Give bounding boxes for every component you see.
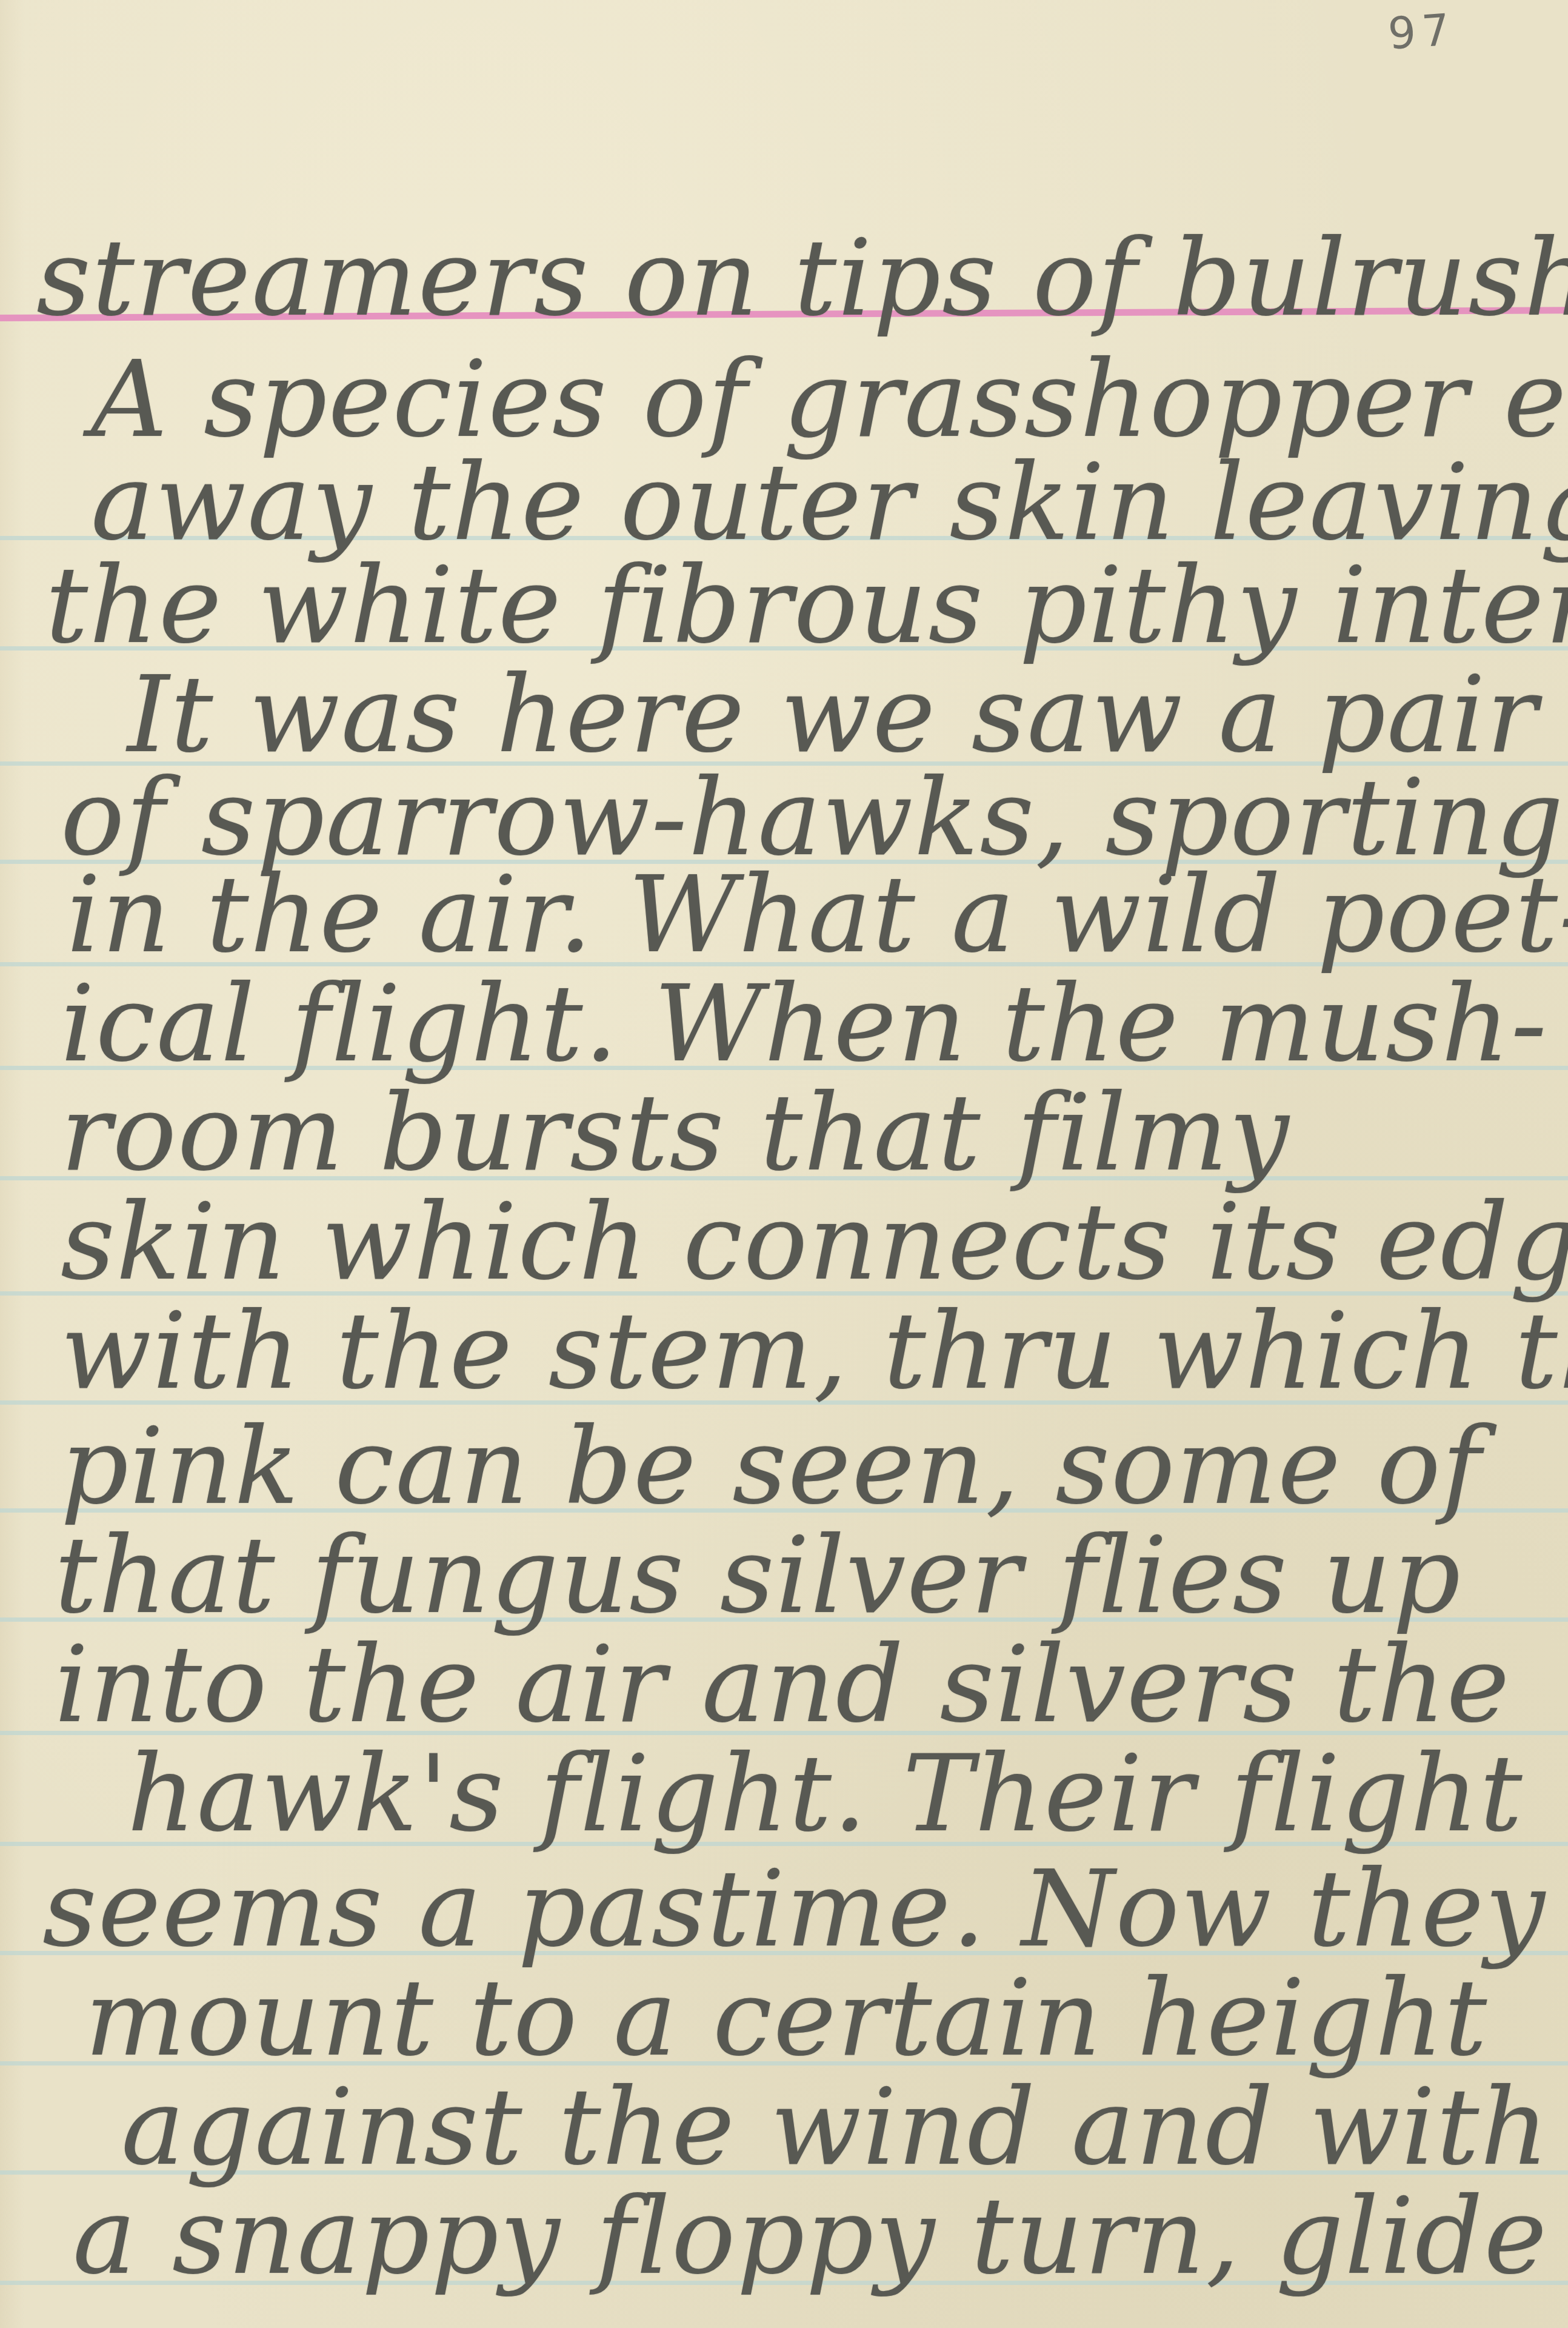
- handwritten-line-12: pink can be seen, some of: [61, 1406, 1568, 1528]
- handwritten-line-16: seems a pastime. Now they: [42, 1849, 1568, 1970]
- handwritten-line-7: in the air. What a wild poet-: [67, 855, 1568, 976]
- handwritten-line-15: hawk's flight. Their flight: [127, 1734, 1568, 1855]
- handwritten-line-17: mount to a certain height: [85, 1958, 1568, 2079]
- handwritten-line-10: skin which connects its edge: [61, 1182, 1568, 1303]
- handwritten-line-14: into the air and silvers the: [55, 1625, 1568, 1746]
- handwritten-line-9: room bursts that filmy: [61, 1073, 1568, 1194]
- handwritten-line-1: streamers on tips of bulrushes: [36, 218, 1568, 339]
- diary-page: 97 streamers on tips of bulrushes A spec…: [0, 0, 1568, 2328]
- handwritten-line-11: with the stem, thru which the: [61, 1291, 1568, 1413]
- handwritten-line-19: a snappy floppy turn, glide: [73, 2176, 1568, 2298]
- handwritten-line-13: that fungus silver flies up: [55, 1516, 1568, 1637]
- page-number: 97: [1386, 4, 1457, 59]
- handwritten-line-18: against the wind and with: [121, 2067, 1568, 2189]
- handwritten-line-4: the white fibrous pithy interior: [45, 546, 1568, 667]
- handwritten-line-8: ical flight. When the mush-: [61, 964, 1568, 1085]
